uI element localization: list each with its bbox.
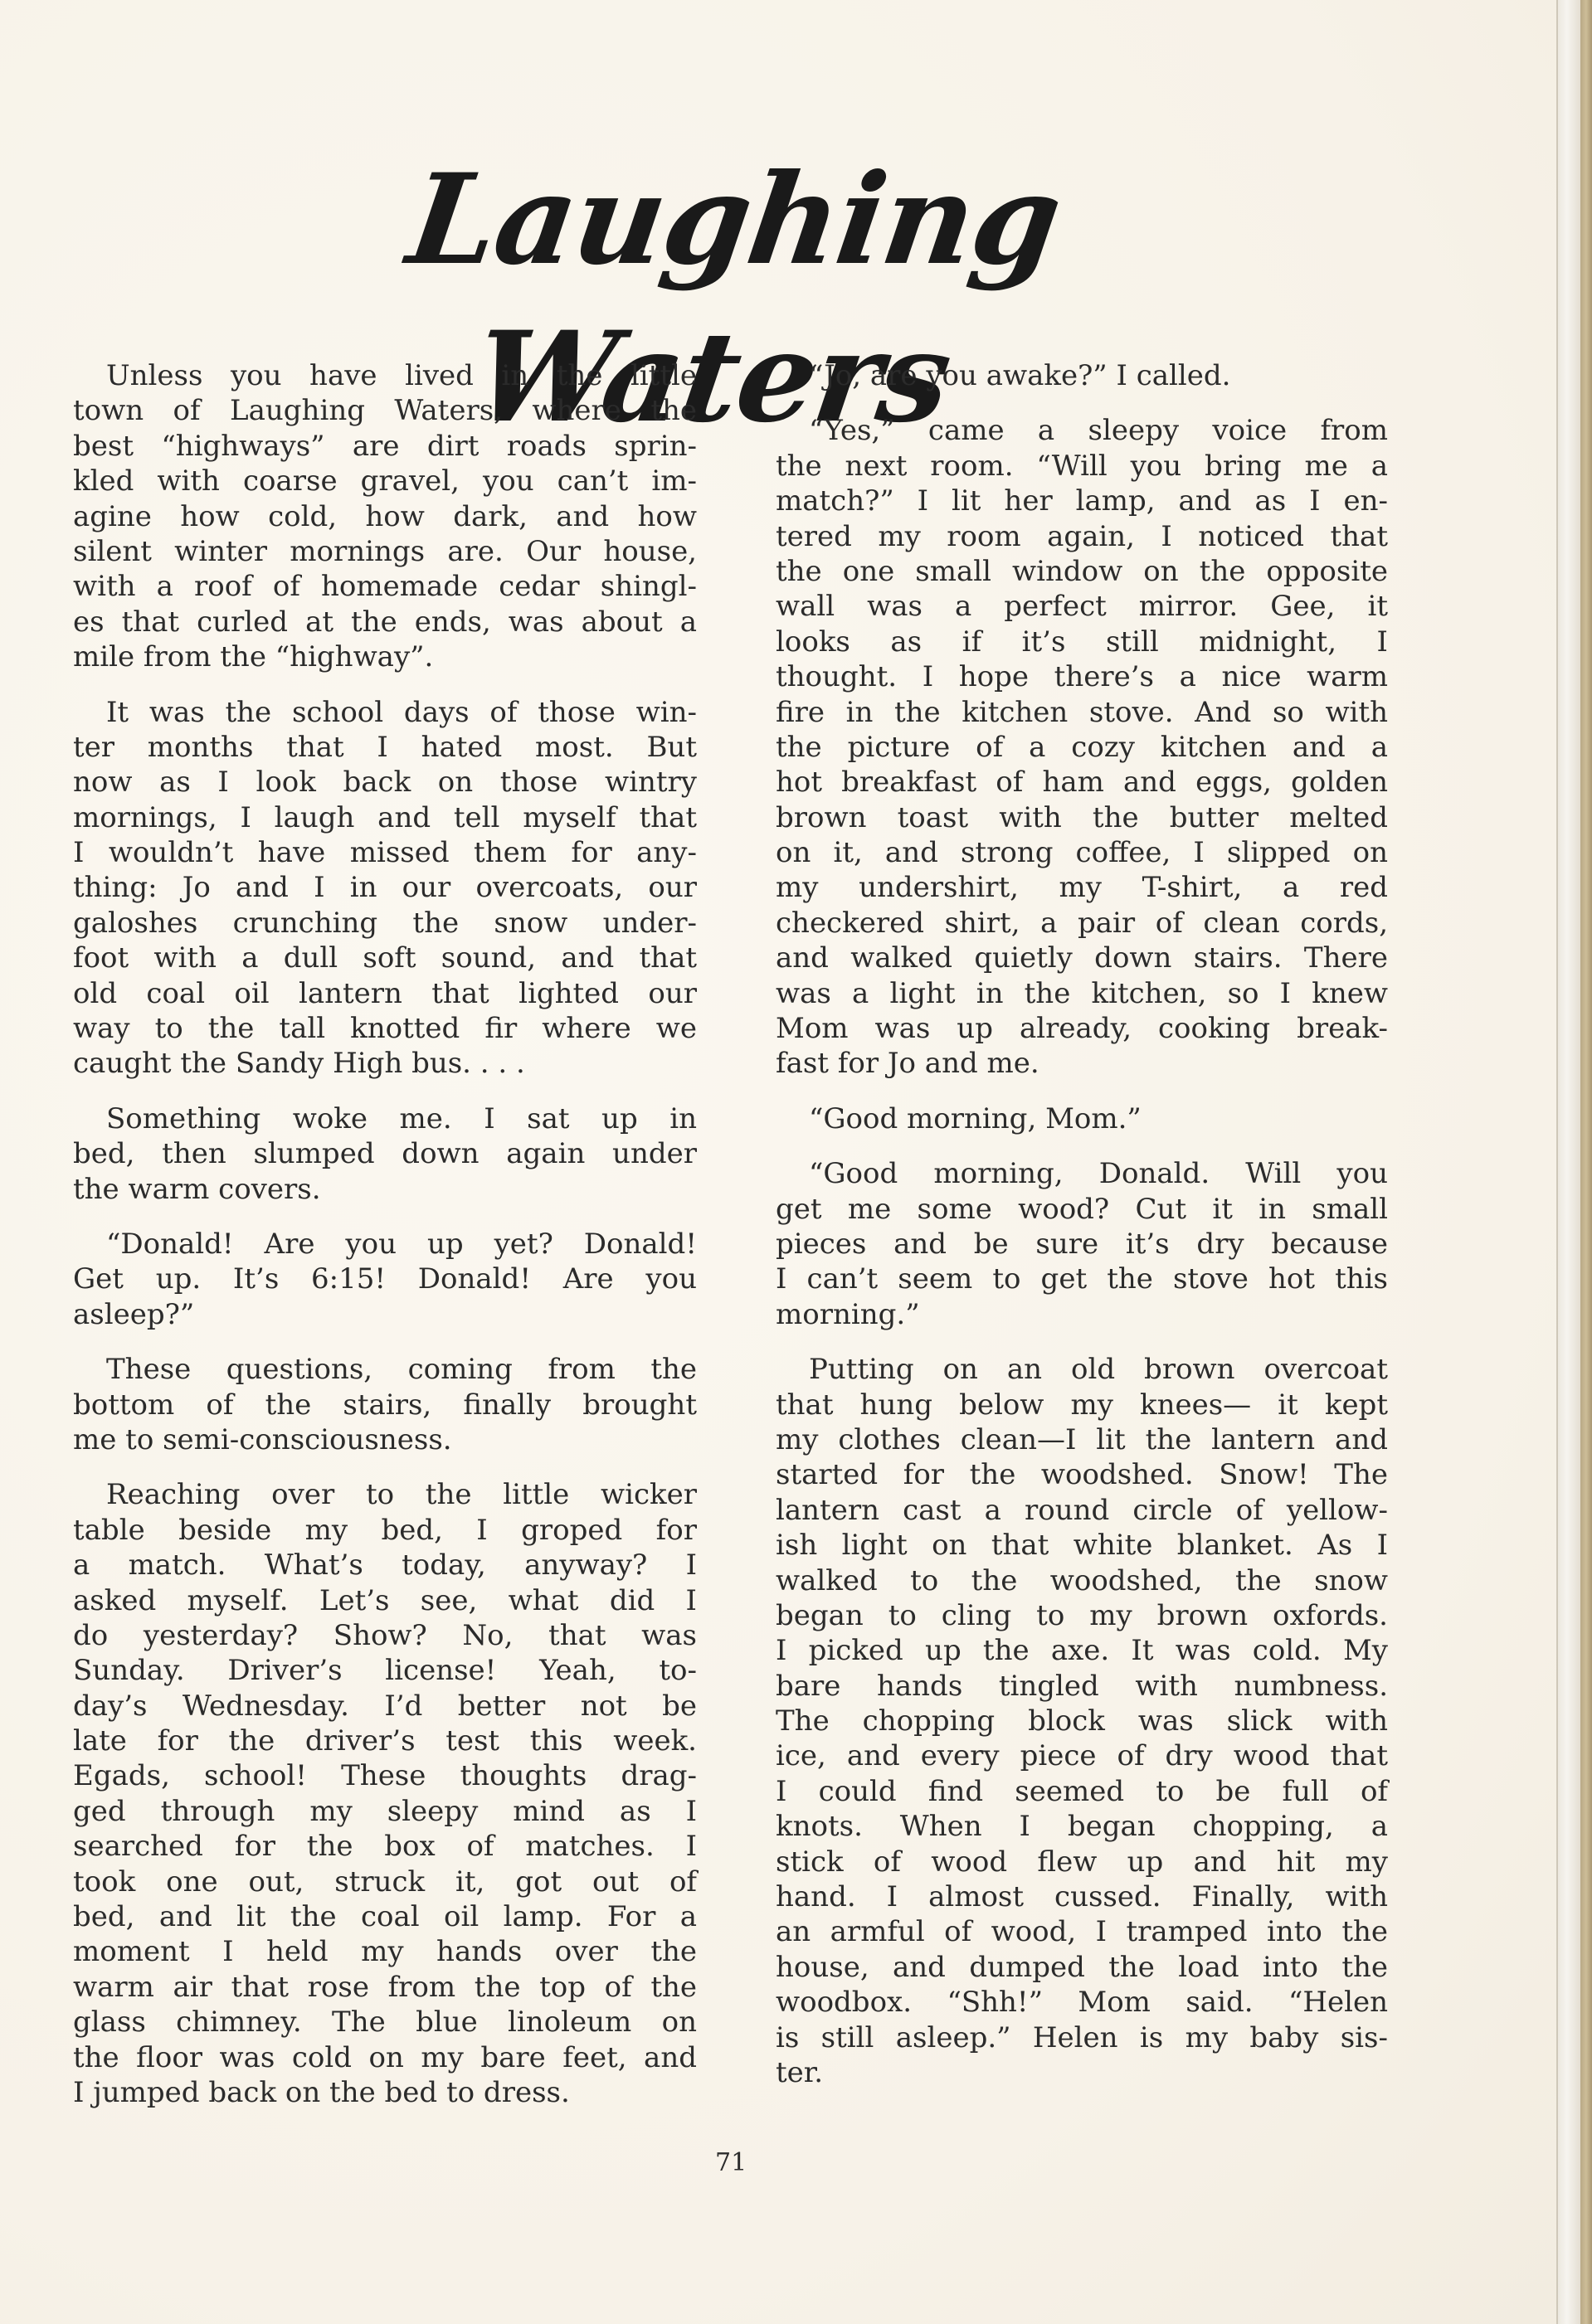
text-line: Mom was up already, cooking break-	[776, 1011, 1388, 1046]
text-line: ish light on that white blanket. As I	[776, 1528, 1388, 1563]
text-line: ter.	[776, 2055, 1388, 2090]
page: Laughing Waters Unless you have lived in…	[0, 0, 1558, 2324]
text-line: checkered shirt, a pair of clean cords,	[776, 906, 1388, 941]
book-binding	[1580, 0, 1592, 2324]
text-line: hot breakfast of ham and eggs, golden	[776, 765, 1388, 800]
text-line: Egads, school! These thoughts drag-	[73, 1758, 697, 1793]
paragraph: “Yes,” came a sleepy voice fromthe next …	[776, 413, 1388, 1081]
text-line: warm air that rose from the top of the	[73, 1970, 697, 2005]
text-line: wall was a perfect mirror. Gee, it	[776, 589, 1388, 624]
text-line: asked myself. Let’s see, what did I	[73, 1583, 697, 1618]
text-line: the warm covers.	[73, 1172, 697, 1207]
text-line: Reaching over to the little wicker	[73, 1477, 697, 1512]
text-line: a match. What’s today, anyway? I	[73, 1548, 697, 1583]
text-line: Sunday. Driver’s license! Yeah, to-	[73, 1653, 697, 1688]
text-line: the next room. “Will you bring me a	[776, 449, 1388, 484]
text-line: thing: Jo and I in our overcoats, our	[73, 870, 697, 905]
text-line: way to the tall knotted fir where we	[73, 1011, 697, 1046]
text-line: I can’t seem to get the stove hot this	[776, 1262, 1388, 1296]
text-line: brown toast with the butter melted	[776, 800, 1388, 835]
text-line: pieces and be sure it’s dry because	[776, 1227, 1388, 1262]
text-line: “Donald! Are you up yet? Donald!	[73, 1227, 697, 1262]
text-line: the floor was cold on my bare feet, and	[73, 2040, 697, 2075]
paragraph: Unless you have lived in the littletown …	[73, 358, 697, 675]
text-line: Putting on an old brown overcoat	[776, 1352, 1388, 1387]
text-line: ged through my sleepy mind as I	[73, 1794, 697, 1829]
left-column: Unless you have lived in the littletown …	[73, 358, 697, 2130]
text-line: woodbox. “Shh!” Mom said. “Helen	[776, 1985, 1388, 2020]
text-line: day’s Wednesday. I’d better not be	[73, 1689, 697, 1724]
text-line: do yesterday? Show? No, that was	[73, 1618, 697, 1653]
text-line: mornings, I laugh and tell myself that	[73, 800, 697, 835]
paragraph: Something woke me. I sat up inbed, then …	[73, 1101, 697, 1207]
paragraph: Putting on an old brown overcoatthat hun…	[776, 1352, 1388, 2090]
paragraph: Reaching over to the little wickertable …	[73, 1477, 697, 2110]
text-line: “Good morning, Donald. Will you	[776, 1156, 1388, 1191]
paragraph: “Good morning, Mom.”	[776, 1101, 1388, 1136]
text-line: asleep?”	[73, 1297, 697, 1332]
paragraph: It was the school days of those win-ter …	[73, 695, 697, 1082]
text-line: “Jo, are you awake?” I called.	[776, 358, 1388, 393]
text-line: took one out, struck it, got out of	[73, 1865, 697, 1899]
text-line: ice, and every piece of dry wood that	[776, 1738, 1388, 1773]
text-line: “Good morning, Mom.”	[776, 1101, 1388, 1136]
text-line: kled with coarse gravel, you can’t im-	[73, 464, 697, 498]
paragraph: These questions, coming from thebottom o…	[73, 1352, 697, 1457]
text-line: moment I held my hands over the	[73, 1934, 697, 1969]
text-line: bed, then slumped down again under	[73, 1136, 697, 1171]
text-line: I jumped back on the bed to dress.	[73, 2075, 697, 2110]
text-line: an armful of wood, I tramped into the	[776, 1914, 1388, 1949]
paragraph: “Donald! Are you up yet? Donald!Get up. …	[73, 1227, 697, 1332]
text-line: Something woke me. I sat up in	[73, 1101, 697, 1136]
text-line: bottom of the stairs, finally brought	[73, 1388, 697, 1422]
text-line: house, and dumped the load into the	[776, 1950, 1388, 1985]
text-line: caught the Sandy High bus. . . .	[73, 1046, 697, 1081]
text-line: I could find seemed to be full of	[776, 1774, 1388, 1809]
right-column: “Jo, are you awake?” I called.“Yes,” cam…	[776, 358, 1388, 2110]
text-line: silent winter mornings are. Our house,	[73, 534, 697, 569]
text-line: looks as if it’s still midnight, I	[776, 625, 1388, 659]
text-line: These questions, coming from the	[73, 1352, 697, 1387]
text-line: with a roof of homemade cedar shingl-	[73, 569, 697, 604]
text-line: bed, and lit the coal oil lamp. For a	[73, 1899, 697, 1934]
text-line: searched for the box of matches. I	[73, 1829, 697, 1864]
text-line: fast for Jo and me.	[776, 1046, 1388, 1081]
text-line: Get up. It’s 6:15! Donald! Are you	[73, 1262, 697, 1296]
text-line: It was the school days of those win-	[73, 695, 697, 730]
text-line: table beside my bed, I groped for	[73, 1513, 697, 1548]
text-line: Unless you have lived in the little	[73, 358, 697, 393]
text-line: mile from the “highway”.	[73, 639, 697, 674]
text-line: me to semi-consciousness.	[73, 1422, 697, 1457]
text-line: the one small window on the opposite	[776, 554, 1388, 589]
page-number: 71	[715, 2148, 747, 2177]
text-line: on it, and strong coffee, I slipped on	[776, 835, 1388, 870]
text-line: was a light in the kitchen, so I knew	[776, 976, 1388, 1011]
text-line: town of Laughing Waters, where the	[73, 393, 697, 428]
text-line: lantern cast a round circle of yellow-	[776, 1493, 1388, 1528]
text-line: now as I look back on those wintry	[73, 765, 697, 800]
page-edge	[1558, 0, 1582, 2324]
text-line: stick of wood flew up and hit my	[776, 1845, 1388, 1879]
text-line: I picked up the axe. It was cold. My	[776, 1633, 1388, 1668]
text-line: hand. I almost cussed. Finally, with	[776, 1879, 1388, 1914]
text-line: glass chimney. The blue linoleum on	[73, 2005, 697, 2040]
text-line: is still asleep.” Helen is my baby sis-	[776, 2020, 1388, 2055]
text-line: started for the woodshed. Snow! The	[776, 1457, 1388, 1492]
text-line: galoshes crunching the snow under-	[73, 906, 697, 941]
text-line: I wouldn’t have missed them for any-	[73, 835, 697, 870]
text-line: knots. When I began chopping, a	[776, 1809, 1388, 1844]
text-line: agine how cold, how dark, and how	[73, 499, 697, 534]
text-line: that hung below my knees— it kept	[776, 1388, 1388, 1422]
text-line: my clothes clean—I lit the lantern and	[776, 1422, 1388, 1457]
text-line: ter months that I hated most. But	[73, 730, 697, 765]
text-line: began to cling to my brown oxfords.	[776, 1598, 1388, 1633]
page-title: Laughing Waters	[313, 141, 1156, 299]
text-line: old coal oil lantern that lighted our	[73, 976, 697, 1011]
text-line: bare hands tingled with numbness.	[776, 1669, 1388, 1704]
text-line: fire in the kitchen stove. And so with	[776, 695, 1388, 730]
text-line: es that curled at the ends, was about a	[73, 605, 697, 639]
text-line: foot with a dull soft sound, and that	[73, 941, 697, 975]
text-line: late for the driver’s test this week.	[73, 1724, 697, 1758]
text-line: “Yes,” came a sleepy voice from	[776, 413, 1388, 448]
text-line: match?” I lit her lamp, and as I en-	[776, 484, 1388, 518]
text-line: The chopping block was slick with	[776, 1704, 1388, 1738]
text-line: the picture of a cozy kitchen and a	[776, 730, 1388, 765]
text-line: tered my room again, I noticed that	[776, 519, 1388, 554]
text-line: walked to the woodshed, the snow	[776, 1563, 1388, 1598]
paragraph: “Jo, are you awake?” I called.	[776, 358, 1388, 393]
paragraph: “Good morning, Donald. Will youget me so…	[776, 1156, 1388, 1332]
text-line: thought. I hope there’s a nice warm	[776, 659, 1388, 694]
text-line: get me some wood? Cut it in small	[776, 1192, 1388, 1227]
text-line: morning.”	[776, 1297, 1388, 1332]
text-line: my undershirt, my T-shirt, a red	[776, 870, 1388, 905]
text-line: best “highways” are dirt roads sprin-	[73, 429, 697, 464]
text-line: and walked quietly down stairs. There	[776, 941, 1388, 975]
